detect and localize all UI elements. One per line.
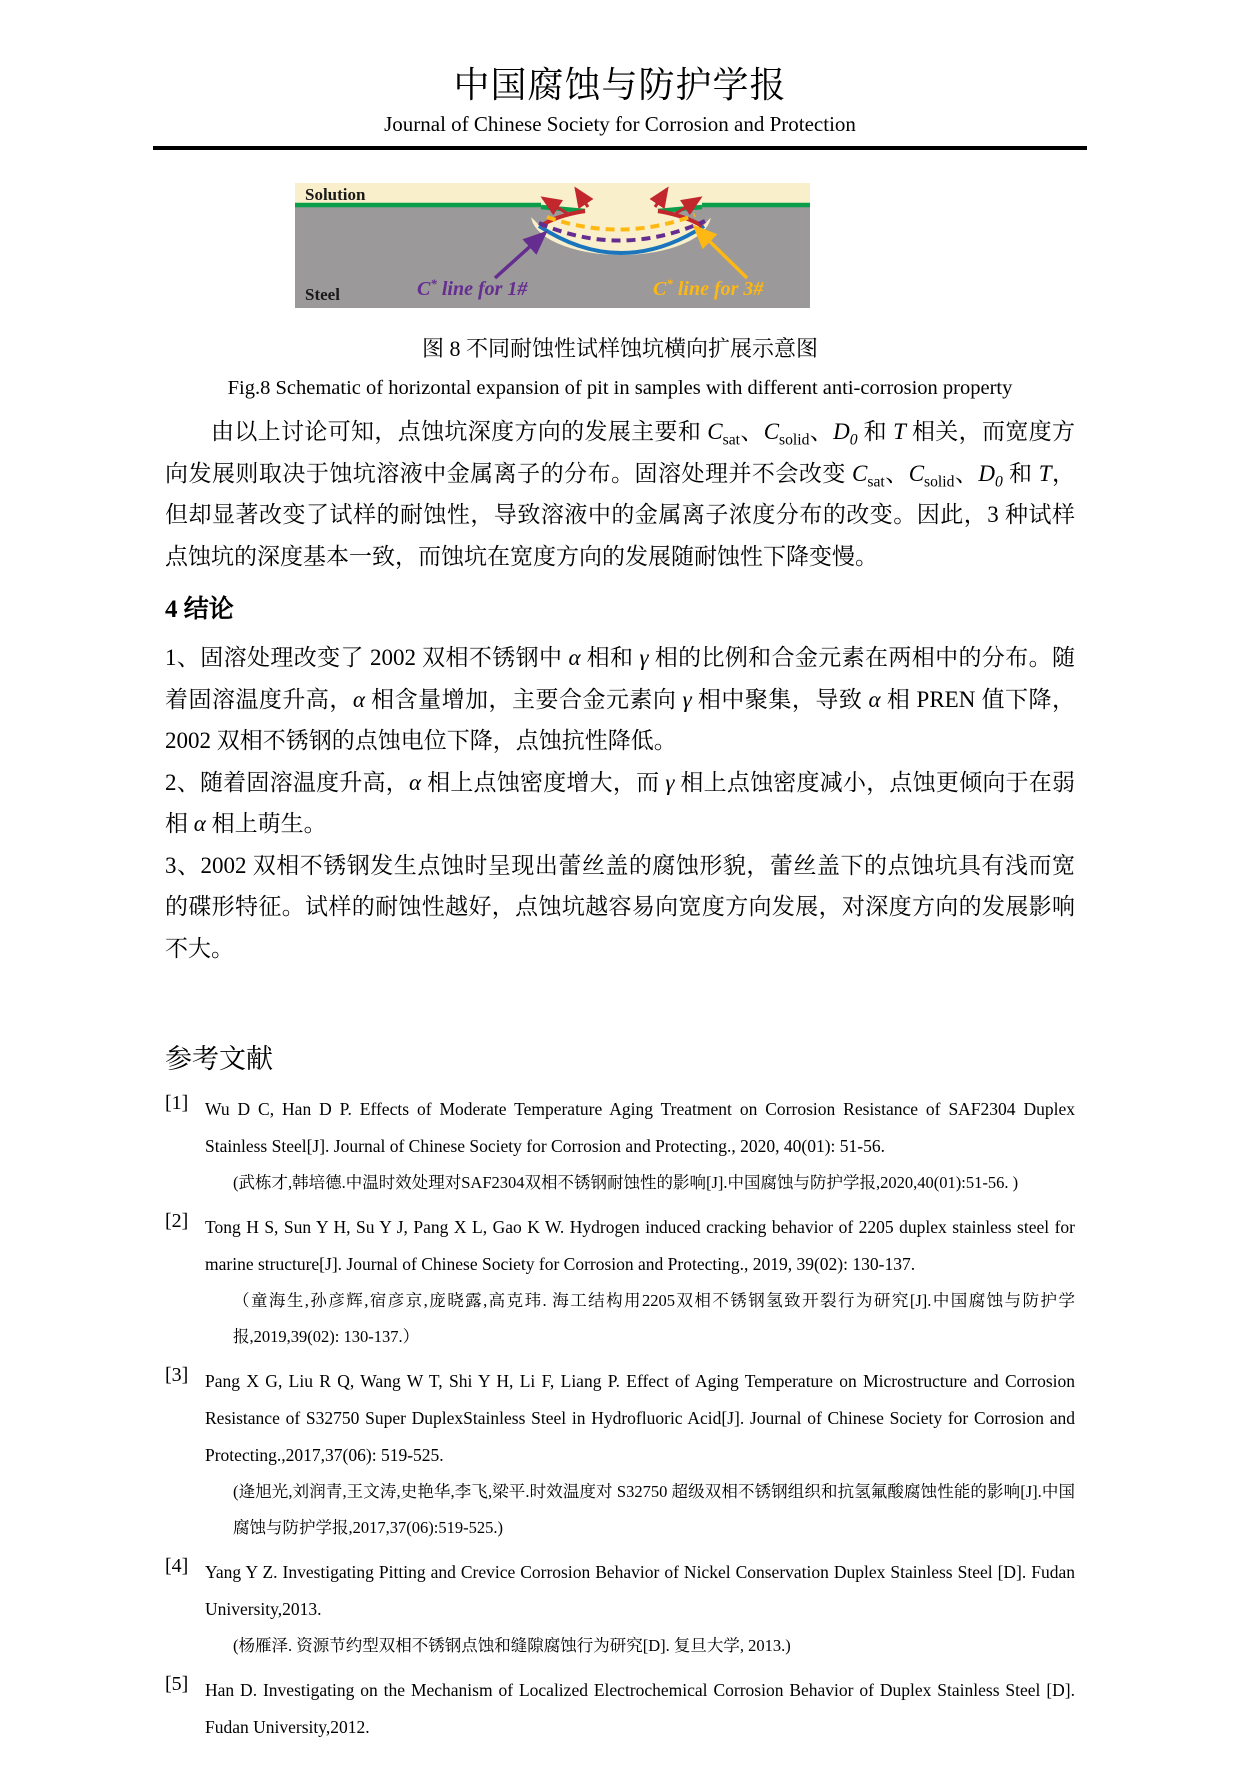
journal-title-en: Journal of Chinese Society for Corrosion… <box>165 111 1075 137</box>
text-run: 1、固溶处理改变了 2002 双相不锈钢中 <box>165 645 568 670</box>
math-symbol: γ <box>640 645 649 670</box>
reference-body: Pang X G, Liu R Q, Wang W T, Shi Y H, Li… <box>205 1363 1075 1546</box>
solution-label: Solution <box>305 185 366 204</box>
math-symbol: C <box>909 461 924 486</box>
math-symbol: 0 <box>850 432 858 449</box>
math-symbol: C <box>764 419 779 444</box>
journal-title-zh: 中国腐蚀与防护学报 <box>165 64 1075 106</box>
reference-body: Wu D C, Han D P. Effects of Moderate Tem… <box>205 1091 1075 1201</box>
reference-body: Yang Y Z. Investigating Pitting and Crev… <box>205 1554 1075 1664</box>
header-rule <box>153 146 1087 150</box>
text-run: 和 <box>1003 461 1039 486</box>
math-symbol: D <box>833 419 850 444</box>
steel-label: Steel <box>305 285 340 304</box>
reference-text-en: Yang Y Z. Investigating Pitting and Crev… <box>205 1554 1075 1628</box>
conclusion-item-3: 3、2002 双相不锈钢发生点蚀时呈现出蕾丝盖的腐蚀形貌，蕾丝盖下的点蚀坑具有浅… <box>165 845 1075 970</box>
text-run: 由以上讨论可知，点蚀坑深度方向的发展主要和 <box>211 419 707 444</box>
reference-text-en: Pang X G, Liu R Q, Wang W T, Shi Y H, Li… <box>205 1363 1075 1474</box>
text-run: 相上萌生。 <box>206 811 327 836</box>
reference-text-zh: (武栋才,韩培德.中温时效处理对SAF2304双相不锈钢耐蚀性的影响[J].中国… <box>233 1165 1075 1201</box>
math-symbol: γ <box>683 687 692 712</box>
conclusion-item-1: 1、固溶处理改变了 2002 双相不锈钢中 α 相和 γ 相的比例和合金元素在两… <box>165 637 1075 762</box>
text-run: 2、随着固溶温度升高， <box>165 770 409 795</box>
reference-marker: [3] <box>165 1363 205 1546</box>
math-symbol: sat <box>867 473 884 490</box>
math-symbol: α <box>194 811 206 836</box>
reference-item: [3]Pang X G, Liu R Q, Wang W T, Shi Y H,… <box>165 1363 1075 1546</box>
math-symbol: 0 <box>995 473 1003 490</box>
math-symbol: α <box>409 770 421 795</box>
reference-marker: [1] <box>165 1091 205 1201</box>
label1-rest: line for 1# <box>437 278 529 300</box>
text-run: 、 <box>954 461 978 486</box>
text-run: 相含量增加，主要合金元素向 <box>365 687 683 712</box>
figure-caption-zh: 图 8 不同耐蚀性试样蚀坑横向扩展示意图 <box>165 332 1075 363</box>
reference-text-en: Tong H S, Sun Y H, Su Y J, Pang X L, Gao… <box>205 1209 1075 1283</box>
text-run: 相和 <box>581 645 640 670</box>
text-run: 3、2002 双相不锈钢发生点蚀时呈现出蕾丝盖的腐蚀形貌，蕾丝盖下的点蚀坑具有浅… <box>165 853 1075 961</box>
math-symbol: D <box>978 461 995 486</box>
text-run: 相中聚集，导致 <box>692 687 869 712</box>
reference-text-en: Wu D C, Han D P. Effects of Moderate Tem… <box>205 1091 1075 1165</box>
conclusion-heading: 4 结论 <box>165 593 1075 627</box>
math-symbol: α <box>353 687 365 712</box>
label1-c: C <box>417 278 431 300</box>
conclusion-item-2: 2、随着固溶温度升高，α 相上点蚀密度增大，而 γ 相上点蚀密度减小，点蚀更倾向… <box>165 762 1075 845</box>
math-symbol: T <box>893 419 906 444</box>
text-run: 、 <box>809 419 833 444</box>
reference-item: [4]Yang Y Z. Investigating Pitting and C… <box>165 1554 1075 1664</box>
reference-marker: [5] <box>165 1672 205 1746</box>
math-symbol: solid <box>779 432 809 449</box>
reference-marker: [2] <box>165 1209 205 1355</box>
label3-c: C <box>653 278 667 300</box>
math-symbol: C <box>707 419 722 444</box>
reference-marker: [4] <box>165 1554 205 1664</box>
reference-item: [1]Wu D C, Han D P. Effects of Moderate … <box>165 1091 1075 1201</box>
reference-text-zh: (杨雁泽. 资源节约型双相不锈钢点蚀和缝隙腐蚀行为研究[D]. 复旦大学, 20… <box>233 1628 1075 1664</box>
figure-8: Solution Steel C* line for 1# C* line fo… <box>295 183 810 308</box>
text-run: 、 <box>740 419 764 444</box>
reference-text-zh: (逄旭光,刘润青,王文涛,史艳华,李飞,梁平.时效温度对 S32750 超级双相… <box>233 1474 1075 1546</box>
figure-caption-en: Fig.8 Schematic of horizontal expansion … <box>165 377 1075 400</box>
math-symbol: T <box>1039 461 1052 486</box>
math-symbol: sat <box>723 432 740 449</box>
reference-list: [1]Wu D C, Han D P. Effects of Moderate … <box>165 1091 1075 1746</box>
references-heading: 参考文献 <box>165 1041 1075 1077</box>
reference-text-en: Han D. Investigating on the Mechanism of… <box>205 1672 1075 1746</box>
reference-body: Han D. Investigating on the Mechanism of… <box>205 1672 1075 1746</box>
reference-item: [2]Tong H S, Sun Y H, Su Y J, Pang X L, … <box>165 1209 1075 1355</box>
body-paragraph: 由以上讨论可知，点蚀坑深度方向的发展主要和 Csat、Csolid、D0 和 T… <box>165 411 1075 577</box>
label3-rest: line for 3# <box>673 278 765 300</box>
text-run: 、 <box>885 461 909 486</box>
reference-body: Tong H S, Sun Y H, Su Y J, Pang X L, Gao… <box>205 1209 1075 1355</box>
page: 中国腐蚀与防护学报 Journal of Chinese Society for… <box>0 0 1241 1766</box>
pit-schematic: Solution Steel C* line for 1# C* line fo… <box>295 183 810 308</box>
math-symbol: α <box>869 687 881 712</box>
math-symbol: α <box>568 645 580 670</box>
math-symbol: solid <box>924 473 954 490</box>
reference-item: [5]Han D. Investigating on the Mechanism… <box>165 1672 1075 1746</box>
text-run: 和 <box>858 419 894 444</box>
math-symbol: C <box>852 461 867 486</box>
reference-text-zh: （童海生,孙彦辉,宿彦京,庞晓露,高克玮. 海工结构用2205双相不锈钢氢致开裂… <box>233 1283 1075 1355</box>
text-run: 相上点蚀密度增大，而 <box>421 770 665 795</box>
